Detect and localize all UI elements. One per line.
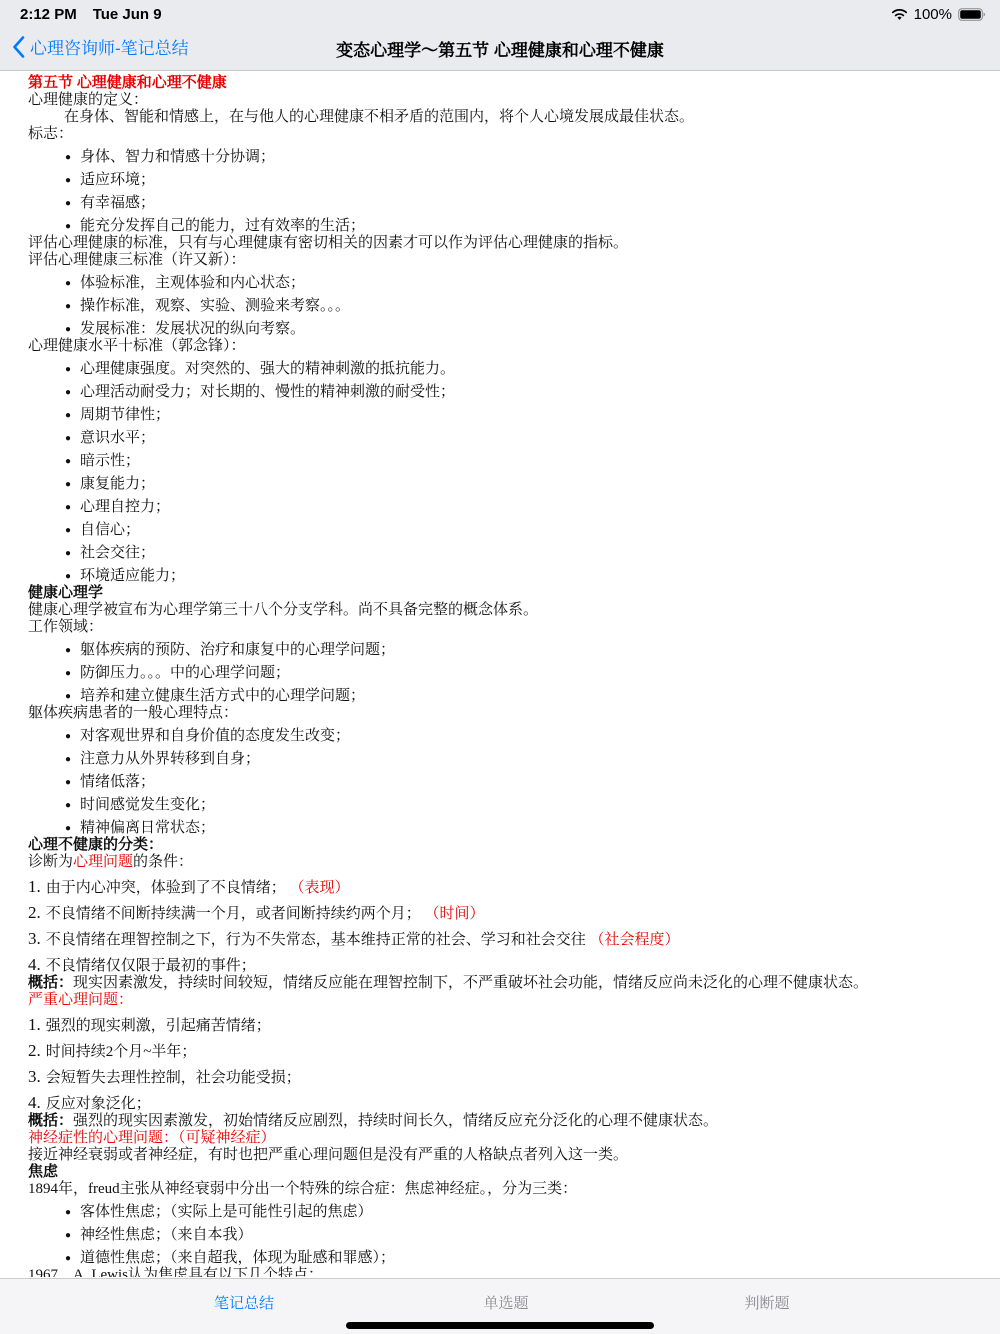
bullet-icon: ●	[65, 548, 71, 559]
text-segment: 的条件：	[133, 854, 193, 870]
text-segment: 心理问题	[73, 854, 133, 870]
text-segment: 第五节 心理健康和心理不健康	[28, 75, 227, 91]
content-line: ●自信心；	[28, 522, 984, 539]
bullet-icon: ●	[65, 479, 71, 490]
content-line: ●环境适应能力；	[28, 568, 984, 585]
content-line: ●身体、智力和情感十分协调；	[28, 149, 984, 166]
bullet-icon: ●	[65, 800, 71, 811]
content-line: ●客体性焦虑；（实际上是可能性引起的焦虑）	[28, 1204, 984, 1221]
list-number: 1.	[28, 877, 41, 896]
text-segment: 防御压力。。。中的心理学问题；	[80, 665, 290, 681]
text-segment: 客体性焦虑；（实际上是可能性引起的焦虑）	[80, 1204, 373, 1220]
content-line: ●能充分发挥自己的能力，过有效率的生活；	[28, 218, 984, 235]
content-line: 诊断为心理问题的条件：	[28, 854, 984, 871]
content-line: 评估心理健康三标准（许又新）：	[28, 252, 984, 269]
content-line: ●适应环境；	[28, 172, 984, 189]
bullet-icon: ●	[65, 324, 71, 335]
content-line: ●发展标准：发展状况的纵向考察。	[28, 321, 984, 338]
text-segment: 时间感觉发生变化；	[80, 797, 215, 813]
text-segment: 培养和建立健康生活方式中的心理学问题；	[80, 688, 365, 704]
bullet-icon: ●	[65, 1253, 71, 1264]
content-line: 4.不良情绪仅仅限于最初的事件；	[28, 956, 984, 975]
text-segment: 强烈的现实刺激，引起痛苦情绪；	[46, 1018, 271, 1034]
text-segment: 情绪低落；	[80, 774, 155, 790]
content-line: 心理健康水平十标准（郭念锋）：	[28, 338, 984, 355]
status-bar: 2:12 PM Tue Jun 9 100%	[0, 0, 1000, 26]
text-segment: 不良情绪不间断持续满一个月，或者间断持续约两个月；	[46, 906, 425, 922]
wifi-icon	[891, 8, 908, 21]
text-segment: 暗示性；	[80, 453, 140, 469]
content-line: 1894年，freud主张从神经衰弱中分出一个特殊的综合症：焦虑神经症。，分为三…	[28, 1181, 984, 1198]
text-segment: （时间）	[425, 906, 485, 922]
text-segment: 操作标准，观察、实验、测验来考察。。。	[80, 298, 350, 314]
text-segment: 1967，A. Lewis认为焦虑具有以下几个特点：	[28, 1267, 323, 1277]
content-line: ●周期节律性；	[28, 407, 984, 424]
bullet-icon: ●	[65, 221, 71, 232]
content-line: ●精神偏离日常状态；	[28, 820, 984, 837]
text-segment: 身体、智力和情感十分协调；	[80, 149, 275, 165]
content-line: 2.不良情绪不间断持续满一个月，或者间断持续约两个月； （时间）	[28, 904, 984, 923]
list-number: 3.	[28, 1067, 41, 1086]
text-segment: （社会程度）	[590, 932, 680, 948]
battery-percent: 100%	[914, 6, 952, 23]
text-segment: 现实因素激发，持续时间较短，情绪反应能在理智控制下，不严重破坏社会功能，情绪反应…	[73, 975, 868, 991]
text-segment: 诊断为	[28, 854, 73, 870]
text-segment: 健康心理学	[28, 585, 103, 601]
bullet-icon: ●	[65, 433, 71, 444]
text-segment: 社会交往；	[80, 545, 155, 561]
nav-bar: 心理咨询师-笔记总结 变态心理学～第五节 心理健康和心理不健康	[0, 26, 1000, 70]
list-number: 4.	[28, 1093, 41, 1112]
content-line: 工作领域：	[28, 619, 984, 636]
text-segment: 心理健康强度。对突然的、强大的精神刺激的抵抗能力。	[80, 361, 455, 377]
text-segment: 评估心理健康三标准（许又新）：	[28, 252, 246, 268]
bullet-icon: ●	[65, 645, 71, 656]
content-line: ●康复能力；	[28, 476, 984, 493]
bullet-icon: ●	[65, 754, 71, 765]
content-line: 第五节 心理健康和心理不健康	[28, 75, 984, 92]
text-segment: 对客观世界和自身价值的态度发生改变；	[80, 728, 350, 744]
status-date: Tue Jun 9	[93, 6, 162, 23]
text-segment: （表现）	[290, 880, 350, 896]
back-label: 心理咨询师-笔记总结	[30, 34, 189, 59]
text-segment: 严重心理问题：	[28, 992, 133, 1008]
content-line: 健康心理学被宣布为心理学第三十八个分支学科。尚不具备完整的概念体系。	[28, 602, 984, 619]
list-number: 3.	[28, 929, 41, 948]
text-segment: 康复能力；	[80, 476, 155, 492]
bullet-icon: ●	[65, 668, 71, 679]
text-segment: 概括：	[28, 975, 73, 991]
text-segment: 由于内心冲突，体验到了不良情绪；	[46, 880, 290, 896]
text-segment: 体验标准，主观体验和内心状态；	[80, 275, 305, 291]
content-line: ●躯体疾病的预防、治疗和康复中的心理学问题；	[28, 642, 984, 659]
text-segment: 反应对象泛化；	[46, 1096, 151, 1112]
content-line: ●培养和建立健康生活方式中的心理学问题；	[28, 688, 984, 705]
content-line: 神经症性的心理问题：（可疑神经症）	[28, 1130, 984, 1147]
content-line: 心理不健康的分类：	[28, 837, 984, 854]
back-chevron-icon	[12, 36, 25, 58]
content-line: 1.由于内心冲突，体验到了不良情绪； （表现）	[28, 878, 984, 897]
content-area[interactable]: 第五节 心理健康和心理不健康心理健康的定义：在身体、智能和情感上，在与他人的心理…	[0, 72, 1000, 1277]
text-segment: 评估心理健康的标准，只有与心理健康有密切相关的因素才可以作为评估心理健康的指标。	[28, 235, 628, 251]
home-indicator[interactable]	[346, 1322, 654, 1329]
list-number: 2.	[28, 1041, 41, 1060]
content-line: 2.时间持续2个月~半年；	[28, 1042, 984, 1061]
bullet-icon: ●	[65, 387, 71, 398]
content-line: ●体验标准，主观体验和内心状态；	[28, 275, 984, 292]
text-segment: 标志：	[28, 126, 73, 142]
bullet-icon: ●	[65, 823, 71, 834]
tab-bar: 笔记总结 单选题 判断题	[0, 1278, 1000, 1334]
content-line: ●心理活动耐受力；对长期的、慢性的精神刺激的耐受性；	[28, 384, 984, 401]
bullet-icon: ●	[65, 731, 71, 742]
content-line: 标志：	[28, 126, 984, 143]
content-line: 心理健康的定义：	[28, 92, 984, 109]
text-segment: 心理自控力；	[80, 499, 170, 515]
bullet-icon: ●	[65, 301, 71, 312]
text-segment: 环境适应能力；	[80, 568, 185, 584]
bullet-icon: ●	[65, 502, 71, 513]
content-line: 概括：现实因素激发，持续时间较短，情绪反应能在理智控制下，不严重破坏社会功能，情…	[28, 975, 984, 992]
text-segment: 工作领域：	[28, 619, 103, 635]
battery-icon	[958, 8, 986, 21]
text-segment: 有幸福感；	[80, 195, 155, 211]
text-segment: 周期节律性；	[80, 407, 170, 423]
text-segment: 会短暂失去理性控制，社会功能受损；	[46, 1070, 301, 1086]
content-line: ●神经性焦虑；（来自本我）	[28, 1227, 984, 1244]
content-line: 接近神经衰弱或者神经症，有时也把严重心理问题但是没有严重的人格缺点者列入这一类。	[28, 1147, 984, 1164]
list-number: 4.	[28, 955, 41, 974]
content-line: 概括：强烈的现实因素激发，初始情绪反应剧烈，持续时间长久，情绪反应充分泛化的心理…	[28, 1113, 984, 1130]
content-line: ●暗示性；	[28, 453, 984, 470]
text-segment: 不良情绪仅仅限于最初的事件；	[46, 958, 256, 974]
content-line: 在身体、智能和情感上，在与他人的心理健康不相矛盾的范围内，将个人心境发展成最佳状…	[28, 109, 984, 126]
bullet-icon: ●	[65, 777, 71, 788]
content-line: 3.不良情绪在理智控制之下，行为不失常态，基本维持正常的社会、学习和社会交往 （…	[28, 930, 984, 949]
text-segment: 神经性焦虑；（来自本我）	[80, 1227, 253, 1243]
content-line: ●防御压力。。。中的心理学问题；	[28, 665, 984, 682]
list-number: 2.	[28, 903, 41, 922]
content-line: ●心理健康强度。对突然的、强大的精神刺激的抵抗能力。	[28, 361, 984, 378]
status-time: 2:12 PM	[20, 6, 77, 23]
text-segment: 时间持续2个月~半年；	[46, 1044, 197, 1060]
content-line: ●意识水平；	[28, 430, 984, 447]
bullet-icon: ●	[65, 175, 71, 186]
bullet-icon: ●	[65, 278, 71, 289]
text-segment: 能充分发挥自己的能力，过有效率的生活；	[80, 218, 365, 234]
text-segment: 心理活动耐受力；对长期的、慢性的精神刺激的耐受性；	[80, 384, 455, 400]
text-segment: 适应环境；	[80, 172, 155, 188]
back-button[interactable]: 心理咨询师-笔记总结	[12, 34, 189, 59]
content-line: 严重心理问题：	[28, 992, 984, 1009]
text-segment: 发展标准：发展状况的纵向考察。	[80, 321, 305, 337]
content-line: ●时间感觉发生变化；	[28, 797, 984, 814]
list-number: 1.	[28, 1015, 41, 1034]
text-segment: 意识水平；	[80, 430, 155, 446]
text-segment: 自信心；	[80, 522, 140, 538]
text-segment: 躯体疾病患者的一般心理特点：	[28, 705, 238, 721]
bullet-icon: ●	[65, 691, 71, 702]
content-line: ●道德性焦虑；（来自超我，体现为耻感和罪感）；	[28, 1250, 984, 1267]
text-segment: 概括：	[28, 1113, 73, 1129]
text-segment: 健康心理学被宣布为心理学第三十八个分支学科。尚不具备完整的概念体系。	[28, 602, 538, 618]
bullet-icon: ●	[65, 152, 71, 163]
bullet-icon: ●	[65, 456, 71, 467]
top-bars: 2:12 PM Tue Jun 9 100%	[0, 0, 1000, 71]
content-line: 躯体疾病患者的一般心理特点：	[28, 705, 984, 722]
content-line: 1.强烈的现实刺激，引起痛苦情绪；	[28, 1016, 984, 1035]
bullet-icon: ●	[65, 571, 71, 582]
content-line: 评估心理健康的标准，只有与心理健康有密切相关的因素才可以作为评估心理健康的指标。	[28, 235, 984, 252]
bullet-icon: ●	[65, 364, 71, 375]
content-line: ●对客观世界和自身价值的态度发生改变；	[28, 728, 984, 745]
bullet-icon: ●	[65, 525, 71, 536]
bullet-icon: ●	[65, 1207, 71, 1218]
tab-true-false[interactable]: 判断题	[744, 1292, 789, 1313]
text-segment: 接近神经衰弱或者神经症，有时也把严重心理问题但是没有严重的人格缺点者列入这一类。	[28, 1147, 628, 1163]
content-line: ●有幸福感；	[28, 195, 984, 212]
text-segment: 强烈的现实因素激发，初始情绪反应剧烈，持续时间长久，情绪反应充分泛化的心理不健康…	[73, 1113, 718, 1129]
text-segment: 1894年，freud主张从神经衰弱中分出一个特殊的综合症：焦虑神经症。，分为三…	[28, 1181, 577, 1197]
text-segment: 神经症性的心理问题：（可疑神经症）	[28, 1130, 276, 1146]
text-segment: 不良情绪在理智控制之下，行为不失常态，基本维持正常的社会、学习和社会交往	[46, 932, 590, 948]
tab-single-choice[interactable]: 单选题	[483, 1292, 528, 1313]
content-line: ●社会交往；	[28, 545, 984, 562]
content-line: ●操作标准，观察、实验、测验来考察。。。	[28, 298, 984, 315]
content-line: ●情绪低落；	[28, 774, 984, 791]
content-line: 3.会短暂失去理性控制，社会功能受损；	[28, 1068, 984, 1087]
bullet-icon: ●	[65, 198, 71, 209]
page-title: 变态心理学～第五节 心理健康和心理不健康	[336, 36, 664, 61]
content-line: ●注意力从外界转移到自身；	[28, 751, 984, 768]
bullet-icon: ●	[65, 410, 71, 421]
text-segment: 注意力从外界转移到自身；	[80, 751, 260, 767]
text-segment: 心理不健康的分类：	[28, 837, 163, 853]
text-segment: 道德性焦虑；（来自超我，体现为耻感和罪感）；	[80, 1250, 395, 1266]
content-line: 焦虑	[28, 1164, 984, 1181]
text-segment: 焦虑	[28, 1164, 58, 1180]
text-segment: 躯体疾病的预防、治疗和康复中的心理学问题；	[80, 642, 395, 658]
text-segment: 在身体、智能和情感上，在与他人的心理健康不相矛盾的范围内，将个人心境发展成最佳状…	[64, 109, 694, 125]
tab-notes-summary[interactable]: 笔记总结	[214, 1292, 274, 1313]
text-segment: 心理健康的定义：	[28, 92, 148, 108]
content-line: 健康心理学	[28, 585, 984, 602]
text-segment: 心理健康水平十标准（郭念锋）：	[28, 338, 246, 354]
bullet-icon: ●	[65, 1230, 71, 1241]
content-line: 4.反应对象泛化；	[28, 1094, 984, 1113]
text-segment: 精神偏离日常状态；	[80, 820, 215, 836]
content-line: ●心理自控力；	[28, 499, 984, 516]
content-line: 1967，A. Lewis认为焦虑具有以下几个特点：	[28, 1267, 984, 1277]
